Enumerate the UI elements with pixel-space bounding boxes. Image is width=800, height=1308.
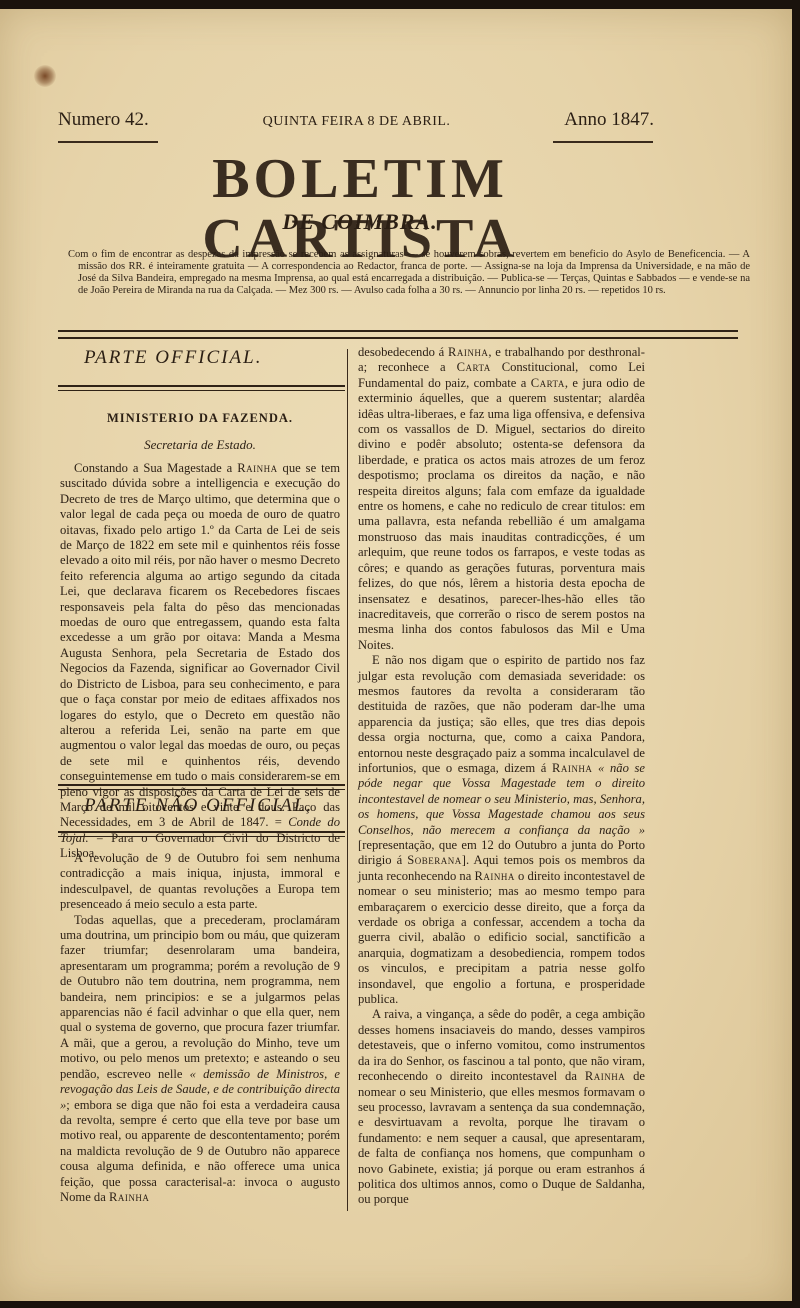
notice-text: Com o fim de encontrar as despezas da im… [78, 249, 750, 297]
issue-year: Anno 1847. [564, 109, 654, 131]
issue-number: Numero 42. [58, 109, 149, 131]
rule-right [553, 141, 653, 143]
subscription-notice: Com o fim de encontrar as despezas da im… [68, 249, 750, 297]
section-title-official: PARTE OFFICIAL. [60, 347, 364, 369]
section-rule [58, 385, 345, 391]
ministry-heading: MINISTERIO DA FAZENDA. [60, 411, 340, 426]
section-title-unofficial: PARTE NÃO OFFICIAL. [60, 795, 364, 817]
unofficial-article-col1: A revolução de 9 de Outubro foi sem nenh… [60, 851, 340, 1205]
issue-line: Numero 42. QUINTA FEIRA 8 DE ABRIL. Anno… [58, 109, 654, 131]
masthead-subtitle: DE COIMBRA. [60, 209, 660, 235]
section-rule [58, 784, 345, 790]
issue-date: QUINTA FEIRA 8 DE ABRIL. [263, 114, 451, 130]
masthead-rule [58, 330, 738, 339]
rule-left [58, 141, 158, 143]
ink-stain [34, 65, 56, 87]
section-rule [58, 831, 345, 837]
secretaria-heading: Secretaria de Estado. [60, 437, 340, 453]
column-divider [347, 349, 348, 1211]
unofficial-article-col2: desobedecendo á Rainha, e trabalhando po… [358, 345, 645, 1208]
newspaper-page: Numero 42. QUINTA FEIRA 8 DE ABRIL. Anno… [0, 9, 792, 1301]
